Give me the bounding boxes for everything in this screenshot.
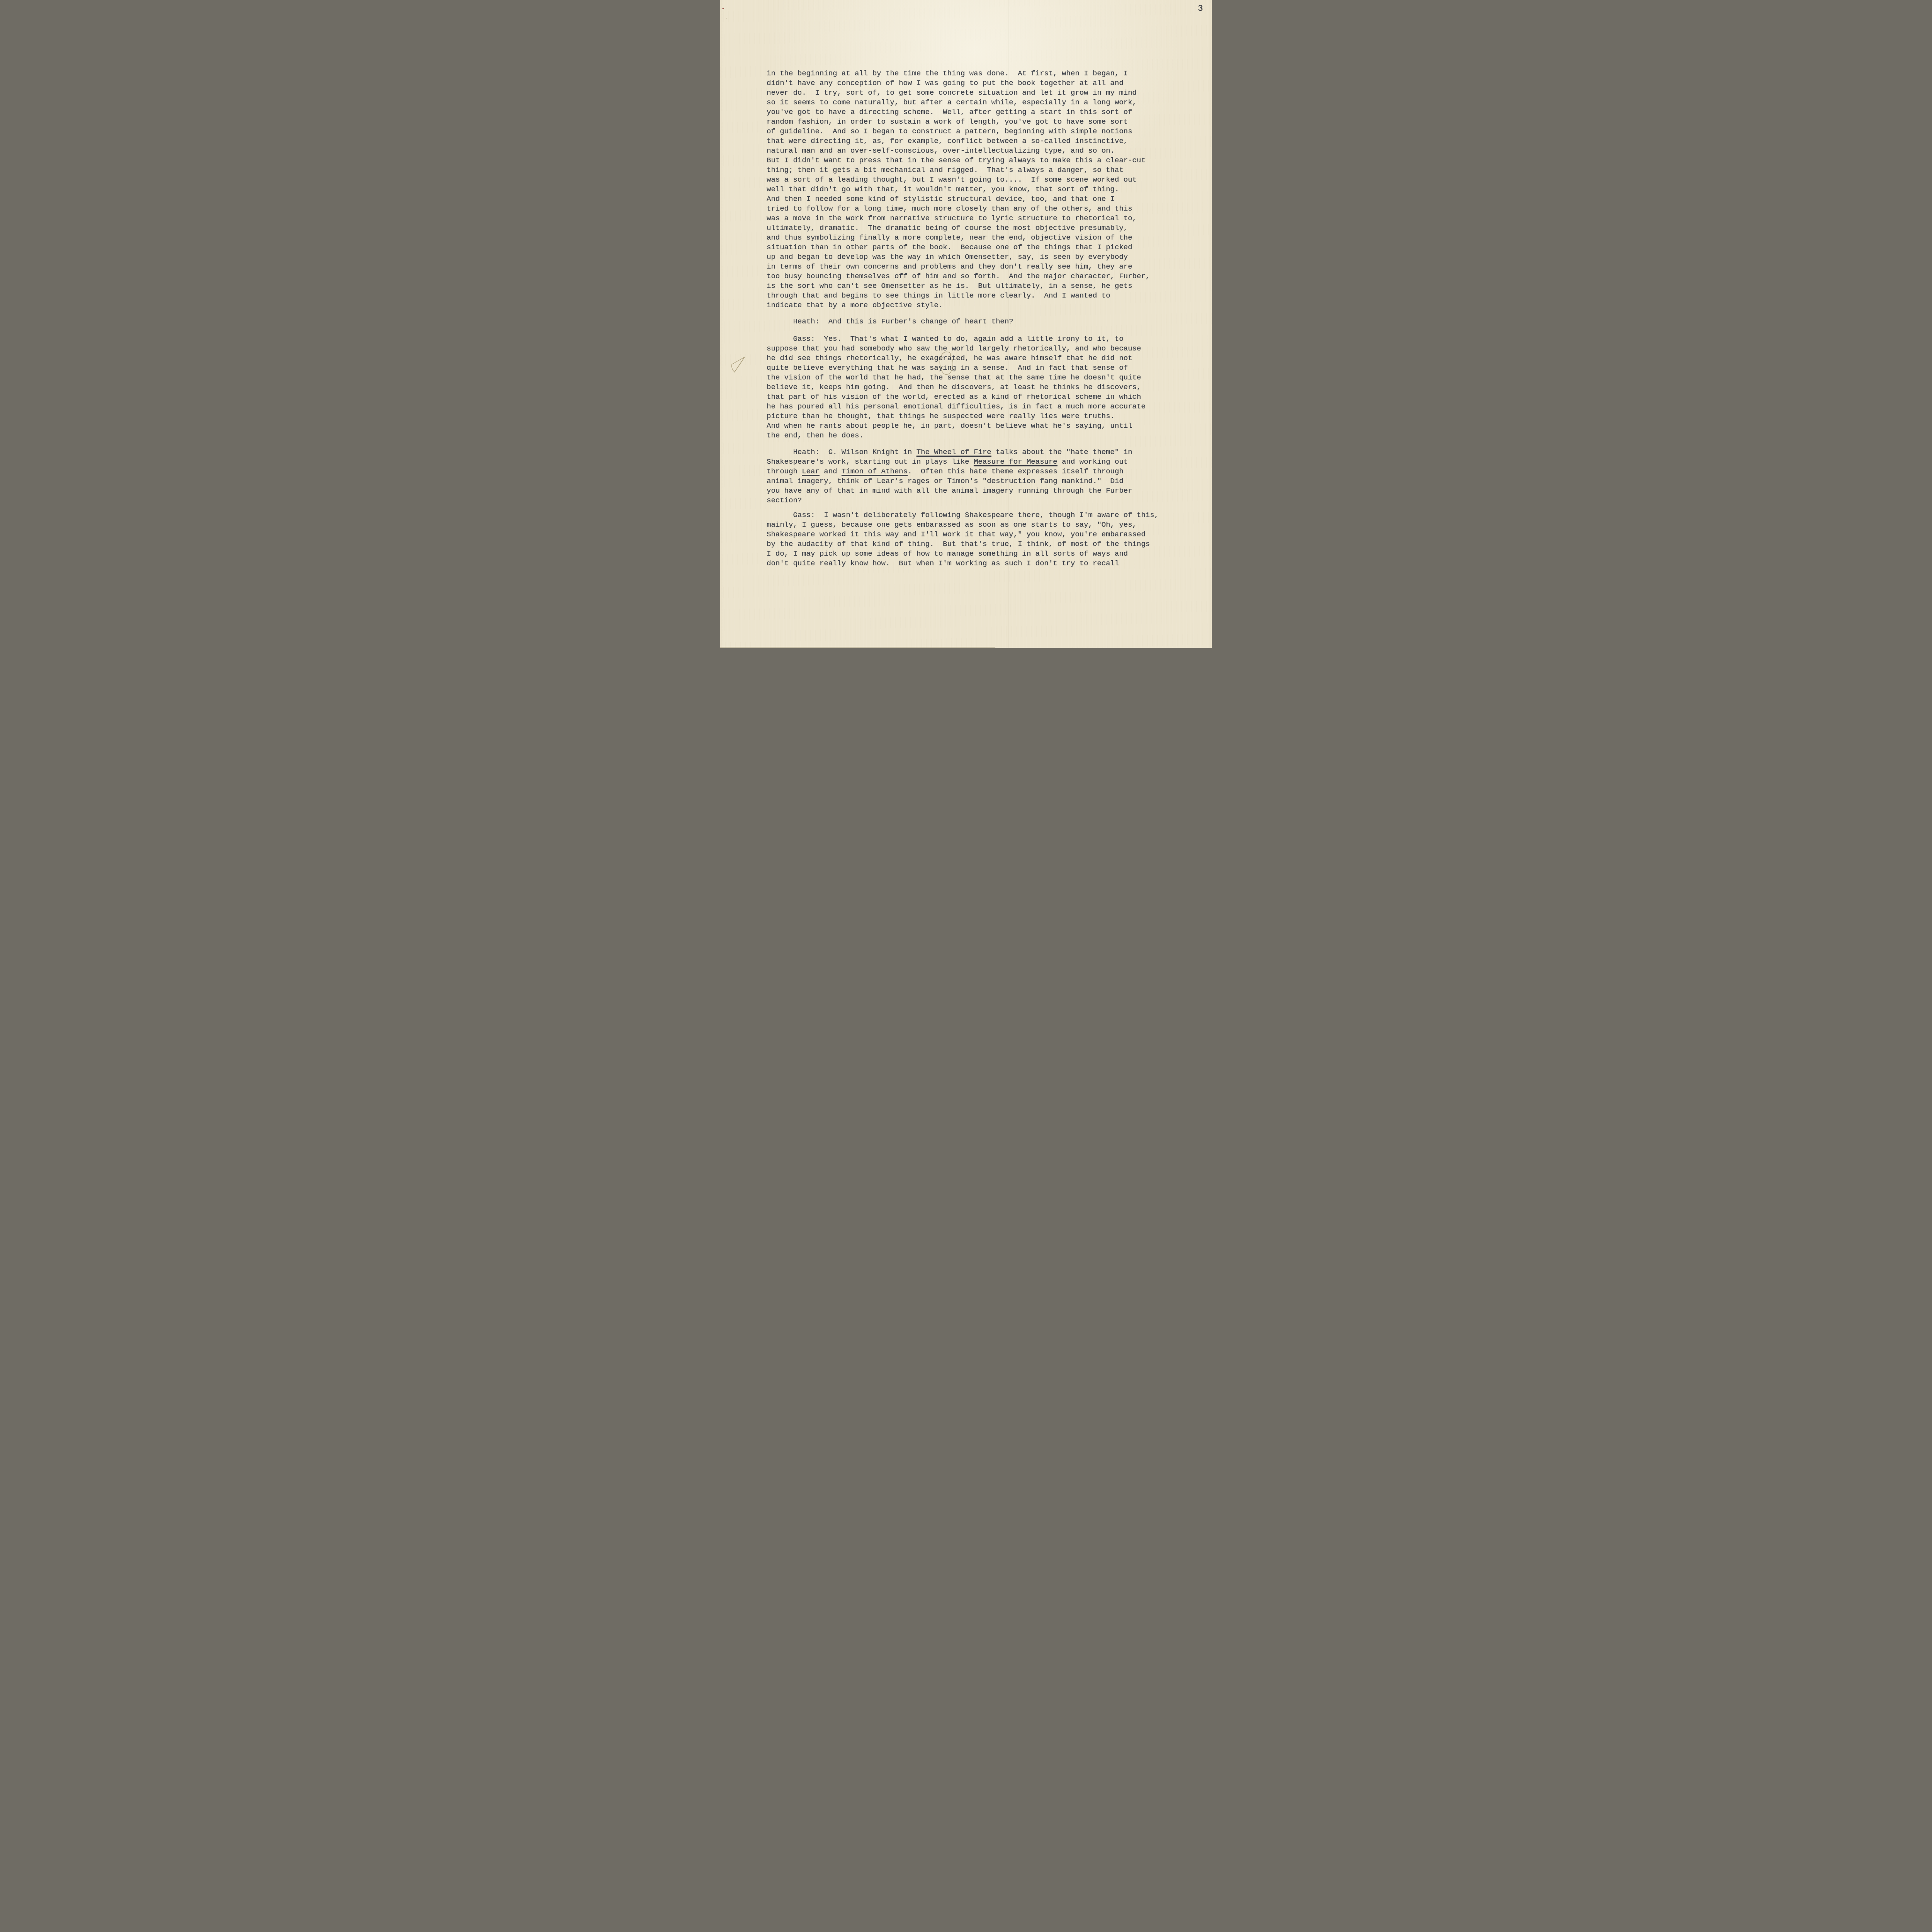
text-line: suppose that you had somebody who saw th… <box>767 344 1146 354</box>
text-line: don't quite really know how. But when I'… <box>767 559 1159 568</box>
underlined-title: Lear <box>802 467 820 476</box>
text-line: is the sort who can't see Omensetter as … <box>767 281 1150 291</box>
text-line: was a sort of a leading thought, but I w… <box>767 175 1150 185</box>
text-line: Shakespeare worked it this way and I'll … <box>767 530 1159 539</box>
text-line: Gass: Yes. That's what I wanted to do, a… <box>767 334 1146 344</box>
text-run: quite believe everything that he was say… <box>767 364 1128 372</box>
text-run: Shakespeare's work, starting out in play… <box>767 457 974 466</box>
text-run: natural man and an over-self-conscious, … <box>767 146 1115 155</box>
text-run: was a sort of a leading thought, but I w… <box>767 175 1137 184</box>
typewritten-page: 3 in the beginning at all by the time th… <box>720 0 1212 648</box>
underlined-title: The Wheel of Fire <box>917 448 992 456</box>
text-run: is the sort who can't see Omensetter as … <box>767 282 1132 290</box>
red-fiber-speck <box>723 8 724 9</box>
text-run: Heath: G. Wilson Knight in <box>767 448 917 456</box>
text-run: well that didn't go with that, it wouldn… <box>767 185 1119 194</box>
text-run: the vision of the world that he had, the… <box>767 373 1141 382</box>
text-run: never do. I try, sort of, to get some co… <box>767 88 1137 97</box>
text-line: natural man and an over-self-conscious, … <box>767 146 1150 156</box>
pencil-checkmark <box>732 357 745 372</box>
text-run: he has poured all his personal emotional… <box>767 402 1146 411</box>
text-line: he did see things rhetorically, he exage… <box>767 354 1146 363</box>
text-run: and thus symbolizing finally a more comp… <box>767 233 1132 242</box>
text-run: believe it, keeps him going. And then he… <box>767 383 1141 391</box>
text-run: But I didn't want to press that in the s… <box>767 156 1146 165</box>
text-line: was a move in the work from narrative st… <box>767 214 1150 223</box>
text-line: And then I needed some kind of stylistic… <box>767 194 1150 204</box>
text-run: and <box>820 467 842 476</box>
text-line: and thus symbolizing finally a more comp… <box>767 233 1150 243</box>
text-run: suppose that you had somebody who saw th… <box>767 344 1141 353</box>
text-run: he did see things rhetorically, he exage… <box>767 354 1132 362</box>
text-line: didn't have any conception of how I was … <box>767 78 1150 88</box>
underlined-title: Measure for Measure <box>974 457 1058 466</box>
text-line: in terms of their own concerns and probl… <box>767 262 1150 272</box>
text-run: in terms of their own concerns and probl… <box>767 262 1132 271</box>
text-run: indicate that by a more objective style. <box>767 301 943 310</box>
text-run: you have any of that in mind with all th… <box>767 486 1132 495</box>
text-run: through <box>767 467 802 476</box>
text-run: too busy bouncing themselves off of him … <box>767 272 1150 281</box>
text-line: believe it, keeps him going. And then he… <box>767 383 1146 392</box>
text-line: the vision of the world that he had, the… <box>767 373 1146 383</box>
text-line: in the beginning at all by the time the … <box>767 69 1150 78</box>
text-line: animal imagery, think of Lear's rages or… <box>767 476 1132 486</box>
text-run: thing; then it gets a bit mechanical and… <box>767 166 1124 174</box>
text-run: through that and begins to see things in… <box>767 291 1110 300</box>
text-run: random fashion, in order to sustain a wo… <box>767 117 1128 126</box>
text-line: And when he rants about people he, in pa… <box>767 421 1146 431</box>
text-line: quite believe everything that he was say… <box>767 363 1146 373</box>
text-line: well that didn't go with that, it wouldn… <box>767 185 1150 194</box>
text-line: that were directing it, as, for example,… <box>767 136 1150 146</box>
text-run: you've got to have a directing scheme. W… <box>767 108 1132 116</box>
text-run: don't quite really know how. But when I'… <box>767 559 1119 568</box>
text-line: you have any of that in mind with all th… <box>767 486 1132 496</box>
text-line: I do, I may pick up some ideas of how to… <box>767 549 1159 559</box>
text-run: mainly, I guess, because one gets embara… <box>767 520 1137 529</box>
text-run: that part of his vision of the world, er… <box>767 393 1141 401</box>
text-line: picture than he thought, that things he … <box>767 412 1146 421</box>
text-run: talks about the "hate theme" in <box>992 448 1133 456</box>
text-run: And then I needed some kind of stylistic… <box>767 195 1115 203</box>
text-line: Heath: G. Wilson Knight in The Wheel of … <box>767 447 1132 457</box>
text-line: situation than in other parts of the boo… <box>767 243 1150 252</box>
text-run: up and began to develop was the way in w… <box>767 253 1128 261</box>
text-line: you've got to have a directing scheme. W… <box>767 107 1150 117</box>
text-line: of guideline. And so I began to construc… <box>767 127 1150 136</box>
text-run: was a move in the work from narrative st… <box>767 214 1137 223</box>
text-run: tried to follow for a long time, much mo… <box>767 204 1132 213</box>
text-run: Gass: Yes. That's what I wanted to do, a… <box>767 335 1124 343</box>
scan-edge-shadow <box>720 647 995 648</box>
text-line: thing; then it gets a bit mechanical and… <box>767 165 1150 175</box>
heath-question-1: Heath: And this is Furber's change of he… <box>767 317 1014 327</box>
text-line: ultimately, dramatic. The dramatic being… <box>767 223 1150 233</box>
text-run: didn't have any conception of how I was … <box>767 79 1124 87</box>
page-number: 3 <box>1198 4 1203 14</box>
text-line: But I didn't want to press that in the s… <box>767 156 1150 165</box>
text-run: animal imagery, think of Lear's rages or… <box>767 477 1124 485</box>
text-run: that were directing it, as, for example,… <box>767 137 1128 145</box>
text-line: random fashion, in order to sustain a wo… <box>767 117 1150 127</box>
text-run: Heath: And this is Furber's change of he… <box>767 317 1014 326</box>
text-run: and working out <box>1058 457 1128 466</box>
paper-speck <box>726 18 727 19</box>
text-run: so it seems to come naturally, but after… <box>767 98 1137 107</box>
text-line: through Lear and Timon of Athens. Often … <box>767 467 1132 476</box>
text-run: by the audacity of that kind of thing. B… <box>767 540 1150 548</box>
text-run: ultimately, dramatic. The dramatic being… <box>767 224 1128 232</box>
heath-question-2: Heath: G. Wilson Knight in The Wheel of … <box>767 447 1132 505</box>
text-line: indicate that by a more objective style. <box>767 301 1150 310</box>
text-run: . Often this hate theme expresses itself… <box>908 467 1124 476</box>
text-line: by the audacity of that kind of thing. B… <box>767 539 1159 549</box>
text-run: the end, then he does. <box>767 431 864 440</box>
gass-answer-2: Gass: I wasn't deliberately following Sh… <box>767 510 1159 568</box>
text-run: of guideline. And so I began to construc… <box>767 127 1132 136</box>
text-line: through that and begins to see things in… <box>767 291 1150 301</box>
gass-answer-1: Gass: Yes. That's what I wanted to do, a… <box>767 334 1146 440</box>
text-line: so it seems to come naturally, but after… <box>767 98 1150 107</box>
text-line: tried to follow for a long time, much mo… <box>767 204 1150 214</box>
text-line: up and began to develop was the way in w… <box>767 252 1150 262</box>
text-line: section? <box>767 496 1132 505</box>
text-line: mainly, I guess, because one gets embara… <box>767 520 1159 530</box>
text-line: that part of his vision of the world, er… <box>767 392 1146 402</box>
text-line: the end, then he does. <box>767 431 1146 440</box>
text-run: Shakespeare worked it this way and I'll … <box>767 530 1146 539</box>
text-run: in the beginning at all by the time the … <box>767 69 1128 78</box>
text-line: too busy bouncing themselves off of him … <box>767 272 1150 281</box>
text-run: I do, I may pick up some ideas of how to… <box>767 549 1128 558</box>
text-run: And when he rants about people he, in pa… <box>767 422 1132 430</box>
text-line: he has poured all his personal emotional… <box>767 402 1146 412</box>
text-line: Gass: I wasn't deliberately following Sh… <box>767 510 1159 520</box>
text-run: picture than he thought, that things he … <box>767 412 1115 420</box>
text-line: Shakespeare's work, starting out in play… <box>767 457 1132 467</box>
text-line: Heath: And this is Furber's change of he… <box>767 317 1014 327</box>
text-line: never do. I try, sort of, to get some co… <box>767 88 1150 98</box>
underlined-title: Timon of Athens <box>842 467 908 476</box>
text-run: Gass: I wasn't deliberately following Sh… <box>767 511 1159 519</box>
gass-monologue: in the beginning at all by the time the … <box>767 69 1150 310</box>
text-run: section? <box>767 496 802 505</box>
text-run: situation than in other parts of the boo… <box>767 243 1132 252</box>
